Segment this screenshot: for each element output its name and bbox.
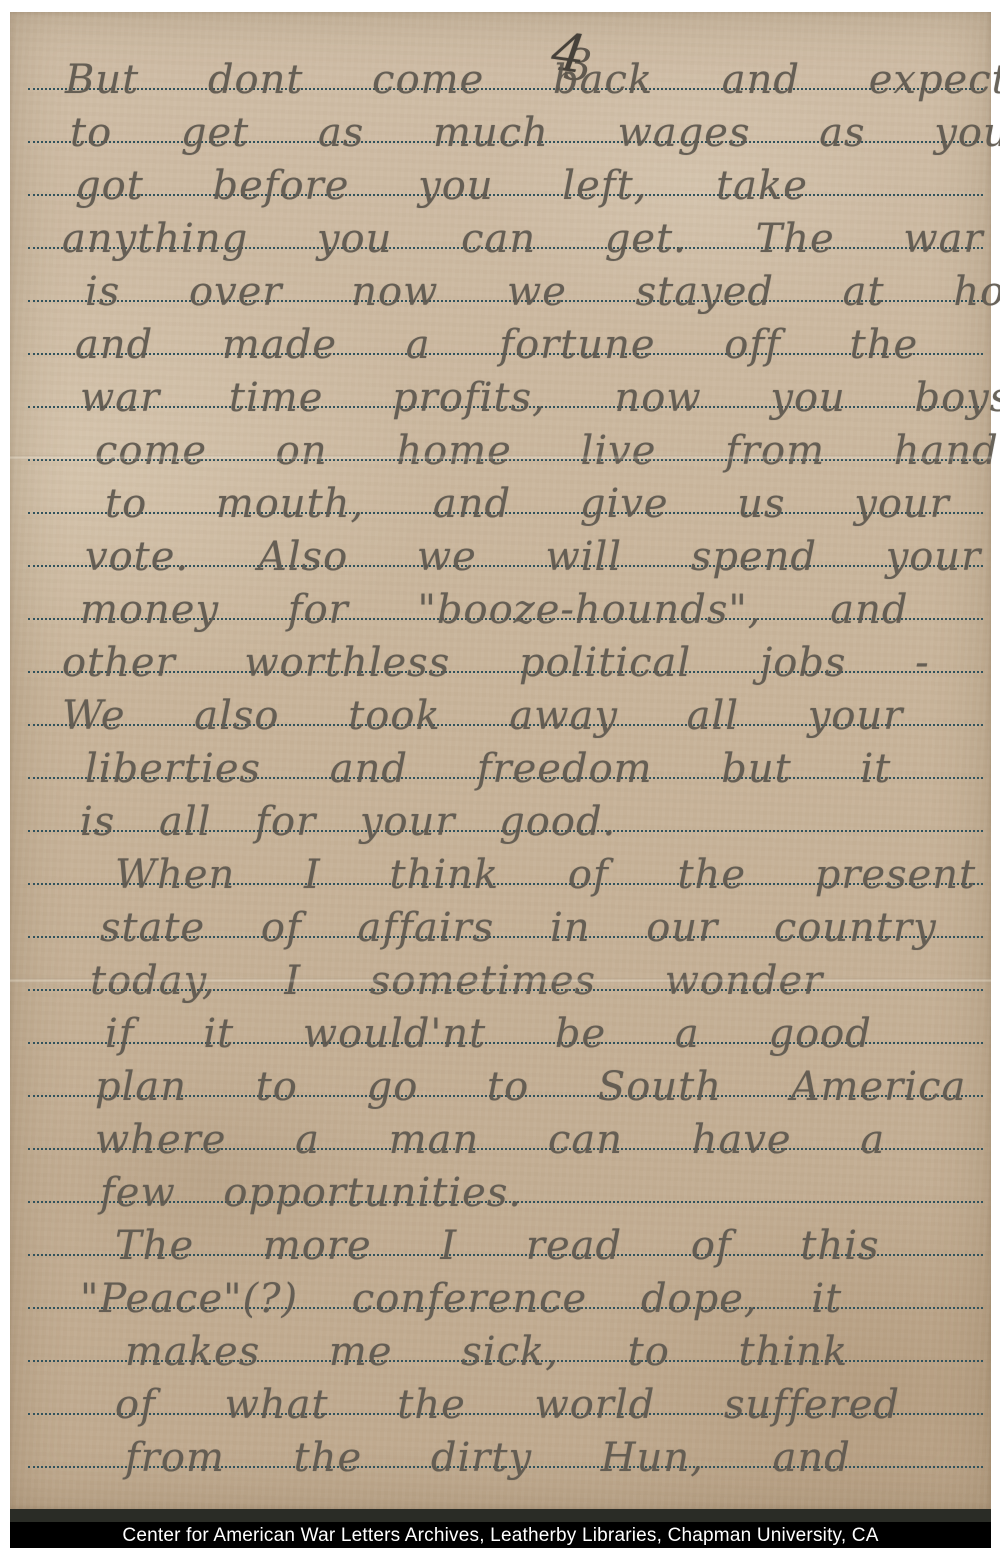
ruled-line: money for "booze-hounds", and bbox=[28, 565, 983, 620]
ruled-line: come on home live from hand bbox=[28, 406, 983, 461]
ruled-line: The more I read of this bbox=[28, 1201, 983, 1256]
ruled-line: makes me sick, to think bbox=[28, 1307, 983, 1362]
scan-mat-strip bbox=[10, 1509, 991, 1522]
ruled-line: other worthless political jobs - bbox=[28, 618, 983, 673]
archive-caption-bar: Center for American War Letters Archives… bbox=[10, 1522, 991, 1548]
ruled-line: is over now we stayed at home bbox=[28, 247, 983, 302]
ruled-line: "Peace"(?) conference dope, it bbox=[28, 1254, 983, 1309]
ruled-line: war time profits, now you boys bbox=[28, 353, 983, 408]
ruled-line: and made a fortune off the bbox=[28, 300, 983, 355]
letter-page: 3 4 But dont come back and expect to get… bbox=[10, 12, 991, 1509]
ruled-line: We also took away all your bbox=[28, 671, 983, 726]
ruled-line: to get as much wages as you bbox=[28, 88, 983, 143]
ruled-line: But dont come back and expect bbox=[28, 35, 983, 90]
ruled-line: liberties and freedom but it bbox=[28, 724, 983, 779]
ruled-line: to mouth, and give us your bbox=[28, 459, 983, 514]
ruled-line: few opportunities. bbox=[28, 1148, 983, 1203]
ruled-line: of what the world suffered bbox=[28, 1360, 983, 1415]
ruled-line: When I think of the present bbox=[28, 830, 983, 885]
ruled-line: state of affairs in our country bbox=[28, 883, 983, 938]
ruled-line: plan to go to South America bbox=[28, 1042, 983, 1097]
archive-caption: Center for American War Letters Archives… bbox=[122, 1526, 878, 1545]
ruled-line: today, I sometimes wonder bbox=[28, 936, 983, 991]
ruled-line: vote. Also we will spend your bbox=[28, 512, 983, 567]
ruled-line: where a man can have a bbox=[28, 1095, 983, 1150]
ruled-line: if it would'nt be a good bbox=[28, 989, 983, 1044]
ruled-line: from the dirty Hun, and bbox=[28, 1413, 983, 1468]
ruled-line: is all for your good. bbox=[28, 777, 983, 832]
handwritten-line: from the dirty Hun, and bbox=[28, 1438, 851, 1478]
ruled-line: anything you can get. The war bbox=[28, 194, 983, 249]
ruled-line: got before you left, take bbox=[28, 141, 983, 196]
